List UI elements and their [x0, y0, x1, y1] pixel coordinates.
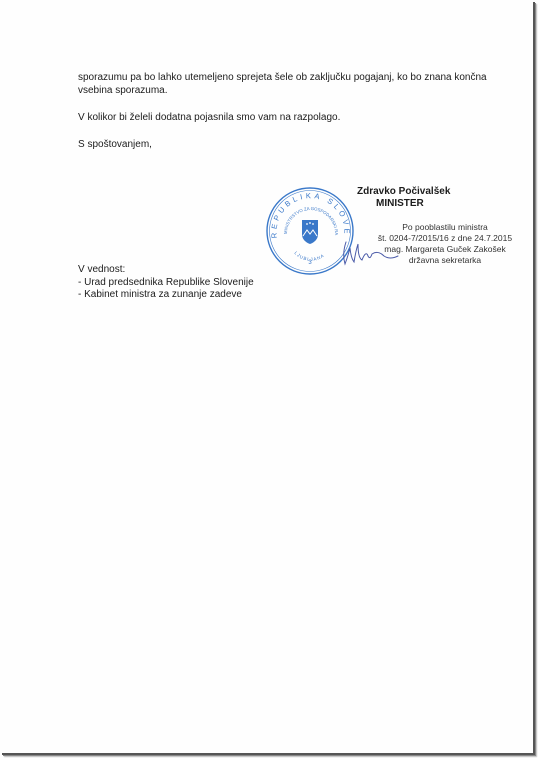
paragraph-line: vsebina sporazuma.: [78, 84, 487, 97]
signatory-title: MINISTER: [376, 197, 424, 210]
closing-salutation: S spoštovanjem,: [78, 138, 152, 151]
authorization-line: državna sekretarka: [375, 255, 515, 266]
authorization-line: mag. Margareta Guček Zakošek: [375, 244, 515, 255]
copies-item: - Urad predsednika Republike Slovenije: [78, 277, 254, 290]
authorization-line: Po pooblastilu ministra: [375, 222, 515, 233]
document-page: sporazumu pa bo lahko utemeljeno sprejet…: [0, 0, 533, 753]
copies-item: - Kabinet ministra za zunanje zadeve: [78, 289, 254, 302]
copies-block: V vednost: - Urad predsednika Republike …: [78, 264, 254, 302]
paragraph-conclusion: sporazumu pa bo lahko utemeljeno sprejet…: [78, 71, 487, 97]
paragraph-line: sporazumu pa bo lahko utemeljeno sprejet…: [78, 71, 487, 84]
paragraph-offer: V kolikor bi želeli dodatna pojasnila sm…: [78, 111, 340, 124]
authorization-block: Po pooblastilu ministra št. 0204-7/2015/…: [375, 222, 515, 266]
copies-label: V vednost:: [78, 264, 254, 277]
authorization-line: št. 0204-7/2015/16 z dne 24.7.2015: [375, 233, 515, 244]
